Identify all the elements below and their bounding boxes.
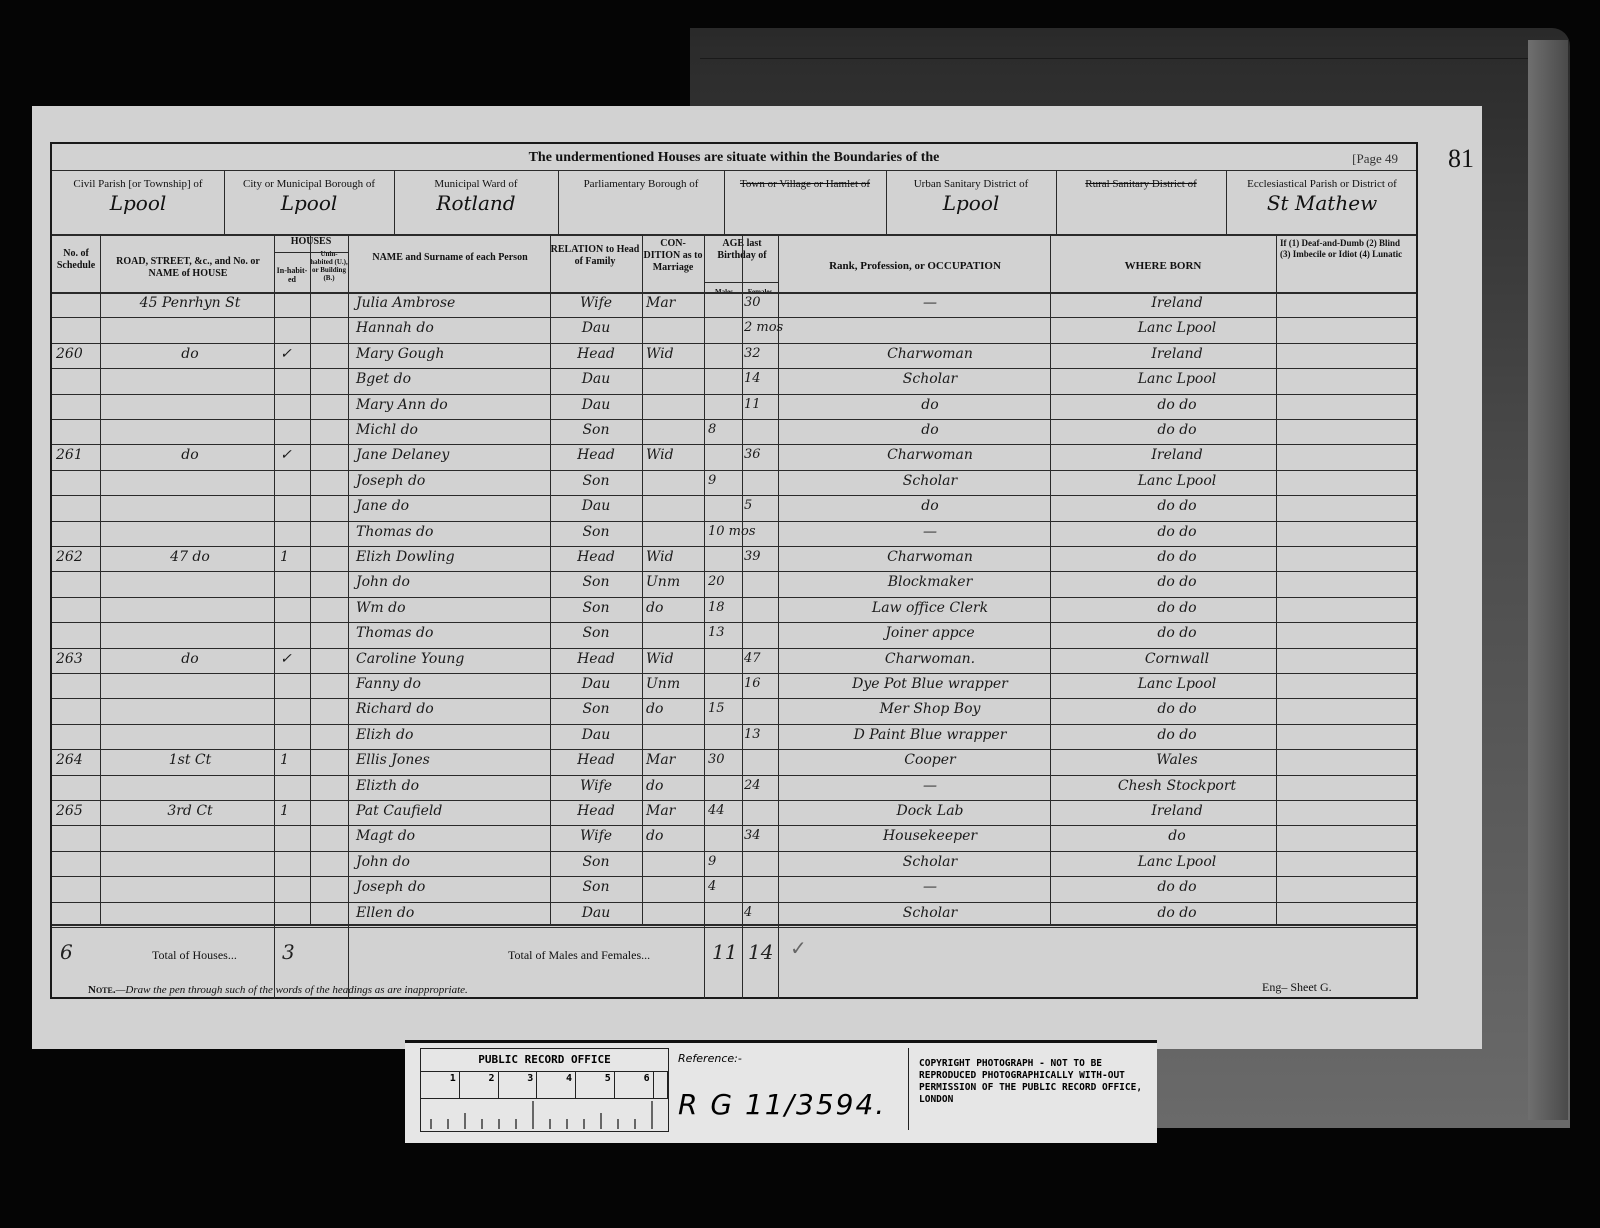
totals-divider (52, 924, 1416, 926)
cell-relation: Son (554, 473, 638, 489)
scale-number: 6 (615, 1072, 654, 1098)
cell-condition: Mar (646, 803, 702, 819)
reference-label: Reference:- (678, 1052, 742, 1065)
cell-relation: Son (554, 879, 638, 895)
cell-where-born: Lanc Lpool (1082, 676, 1272, 692)
cell-road: do (110, 346, 270, 362)
cell-male-age: 30 (708, 752, 742, 767)
cell-schedule: 265 (56, 803, 96, 819)
cell-male-age: 10 mos (708, 524, 742, 539)
cell-occupation: Blockmaker (812, 574, 1048, 590)
cell-male-age: 8 (708, 422, 742, 437)
cell-road: 47 do (110, 549, 270, 565)
form-note: Note.—Draw the pen through such of the w… (88, 984, 468, 996)
cell-name: Richard do (356, 701, 546, 717)
backboard-edge (700, 58, 1550, 59)
cell-occupation: Scholar (812, 905, 1048, 921)
cell-name: Joseph do (356, 473, 546, 489)
cell-name: Michl do (356, 422, 546, 438)
column-rule (100, 234, 101, 924)
cell-relation: Son (554, 422, 638, 438)
cell-male-age: 9 (708, 473, 742, 488)
cell-where-born: do (1082, 828, 1272, 844)
divider (704, 282, 778, 283)
header-houses: HOUSES (274, 236, 348, 248)
boundary-value: Lpool (52, 197, 224, 210)
cell-name: Mary Ann do (356, 397, 546, 413)
row-rule (52, 800, 1416, 801)
cell-relation: Head (554, 803, 638, 819)
cell-female-age: 5 (744, 498, 778, 513)
column-rule (550, 234, 551, 924)
cell-occupation: Scholar (812, 854, 1048, 870)
scale-spacer (654, 1072, 668, 1098)
cell-relation: Son (554, 625, 638, 641)
cell-occupation: Charwoman (812, 447, 1048, 463)
cell-female-age: 16 (744, 676, 778, 691)
cell-where-born: do do (1082, 422, 1272, 438)
cell-female-age: 2 mos (744, 320, 778, 335)
cell-occupation: Charwoman (812, 346, 1048, 362)
cell-occupation: Scholar (812, 473, 1048, 489)
cell-male-age: 4 (708, 879, 742, 894)
row-rule (52, 470, 1416, 471)
cell-condition: do (646, 600, 702, 616)
cell-where-born: do do (1082, 524, 1272, 540)
cell-condition: Unm (646, 676, 702, 692)
row-rule (52, 368, 1416, 369)
cell-name: Ellis Jones (356, 752, 546, 768)
cell-name: Mary Gough (356, 346, 546, 362)
cell-inhabited: 1 (280, 752, 306, 768)
cell-relation: Head (554, 752, 638, 768)
cell-where-born: do do (1082, 397, 1272, 413)
cell-road: do (110, 447, 270, 463)
row-rule (52, 317, 1416, 318)
cell-relation: Dau (554, 320, 638, 336)
cell-occupation: Law office Clerk (812, 600, 1048, 616)
cell-condition: Wid (646, 346, 702, 362)
total-persons-label: Total of Males and Females... (508, 948, 650, 963)
cell-where-born: Cornwall (1082, 651, 1272, 667)
cell-schedule: 263 (56, 651, 96, 667)
cell-where-born: do do (1082, 625, 1272, 641)
cell-female-age: 34 (744, 828, 778, 843)
cell-occupation: Dye Pot Blue wrapper (812, 676, 1048, 692)
check-mark-icon: ✓ (790, 936, 807, 960)
cell-name: Bget do (356, 371, 546, 387)
boundary-label: Parliamentary Borough of (558, 174, 724, 191)
row-rule (52, 724, 1416, 725)
header-condition: CON-DITION as to Marriage (642, 238, 704, 274)
cell-where-born: do do (1082, 701, 1272, 717)
cell-occupation: — (812, 295, 1048, 311)
cell-relation: Wife (554, 828, 638, 844)
column-rule (642, 234, 643, 924)
cell-relation: Dau (554, 727, 638, 743)
total-houses-label: Total of Houses... (152, 948, 237, 963)
pro-ruler (421, 1099, 668, 1131)
pro-scale-box: PUBLIC RECORD OFFICE 123456 (420, 1048, 669, 1132)
cell-name: Caroline Young (356, 651, 546, 667)
boundary-label: Rural Sanitary District of (1056, 174, 1226, 191)
row-rule (52, 876, 1416, 877)
column-rule (778, 234, 779, 924)
cell-inhabited: ✓ (280, 346, 306, 362)
cell-male-age: 13 (708, 625, 742, 640)
cell-where-born: do do (1082, 549, 1272, 565)
boundary-label: City or Municipal Borough of (224, 174, 394, 191)
ruler-ticks-icon (421, 1099, 668, 1131)
pro-title: PUBLIC RECORD OFFICE (421, 1049, 668, 1072)
row-rule (52, 851, 1416, 852)
cell-relation: Head (554, 549, 638, 565)
cell-name: Thomas do (356, 524, 546, 540)
cell-relation: Head (554, 447, 638, 463)
cell-occupation: Cooper (812, 752, 1048, 768)
row-rule (52, 825, 1416, 826)
cell-name: Fanny do (356, 676, 546, 692)
cell-inhabited: 1 (280, 803, 306, 819)
row-rule (52, 775, 1416, 776)
cell-occupation: do (812, 397, 1048, 413)
cell-male-age: 15 (708, 701, 742, 716)
cell-where-born: Chesh Stockport (1082, 778, 1272, 794)
boundary-label: Ecclesiastical Parish or District of (1226, 174, 1418, 191)
row-rule (52, 394, 1416, 395)
row-rule (52, 546, 1416, 547)
cell-where-born: Ireland (1082, 346, 1272, 362)
cell-where-born: do do (1082, 879, 1272, 895)
cell-female-age: 36 (744, 447, 778, 462)
header-where-born: WHERE BORN (1052, 260, 1274, 272)
cell-occupation: Dock Lab (812, 803, 1048, 819)
cell-female-age: 11 (744, 397, 778, 412)
cell-occupation: — (812, 879, 1048, 895)
backboard-right-edge (1528, 40, 1568, 1120)
cell-schedule: 260 (56, 346, 96, 362)
cell-inhabited: ✓ (280, 447, 306, 463)
cell-road: 1st Ct (110, 752, 270, 768)
cell-where-born: Wales (1082, 752, 1272, 768)
scale-number: 5 (576, 1072, 615, 1098)
cell-female-age: 47 (744, 651, 778, 666)
column-rule (274, 234, 275, 924)
cell-name: Wm do (356, 600, 546, 616)
cell-occupation: — (812, 524, 1048, 540)
cell-condition: Wid (646, 651, 702, 667)
row-rule (52, 927, 1416, 928)
note-prefix: Note. (88, 984, 116, 996)
header-relation: RELATION to Head of Family (550, 244, 640, 268)
divider (558, 170, 559, 234)
boundary-field: City or Municipal Borough ofLpool (224, 174, 394, 234)
cell-occupation: Mer Shop Boy (812, 701, 1048, 717)
cell-occupation: Housekeeper (812, 828, 1048, 844)
row-rule (52, 419, 1416, 420)
cell-where-born: do do (1082, 905, 1272, 921)
cell-inhabited: ✓ (280, 651, 306, 667)
cell-where-born: Lanc Lpool (1082, 854, 1272, 870)
cell-female-age: 39 (744, 549, 778, 564)
boundary-value: Rotland (394, 197, 558, 210)
cell-female-age: 4 (744, 905, 778, 920)
row-rule (52, 597, 1416, 598)
boundary-label: Town or Village or Hamlet of (724, 174, 886, 191)
cell-schedule: 262 (56, 549, 96, 565)
cell-relation: Son (554, 701, 638, 717)
header-infirmity: If (1) Deaf-and-Dumb (2) Blind (3) Imbec… (1280, 238, 1412, 260)
scale-number: 2 (460, 1072, 499, 1098)
row-rule (52, 622, 1416, 623)
boundary-value: St Mathew (1226, 197, 1418, 210)
cell-relation: Son (554, 600, 638, 616)
reference-value: R G 11/3594. (678, 1088, 886, 1121)
cell-condition: Wid (646, 549, 702, 565)
total-males: 11 (712, 940, 737, 964)
cell-name: Jane Delaney (356, 447, 546, 463)
divider (1056, 170, 1057, 234)
cell-relation: Son (554, 574, 638, 590)
boundary-label: Civil Parish [or Township] of (52, 174, 224, 191)
total-houses: 3 (282, 940, 295, 964)
cell-occupation: Charwoman (812, 549, 1048, 565)
header-road: ROAD, STREET, &c., and No. or NAME of HO… (104, 256, 272, 280)
cell-relation: Son (554, 854, 638, 870)
row-rule (52, 698, 1416, 699)
page-label: [Page 49 (1352, 151, 1398, 167)
cell-relation: Head (554, 346, 638, 362)
cell-occupation: D Paint Blue wrapper (812, 727, 1048, 743)
cell-condition: Mar (646, 752, 702, 768)
cell-name: Ellen do (356, 905, 546, 921)
boundary-value: Lpool (886, 197, 1056, 210)
cell-where-born: do do (1082, 727, 1272, 743)
cell-schedule: 264 (56, 752, 96, 768)
cell-male-age: 20 (708, 574, 742, 589)
copyright-notice: COPYRIGHT PHOTOGRAPH - NOT TO BE REPRODU… (908, 1048, 1153, 1130)
cell-condition: do (646, 778, 702, 794)
header-name: NAME and Surname of each Person (352, 252, 548, 264)
cell-where-born: Lanc Lpool (1082, 371, 1272, 387)
cell-occupation: Charwoman. (812, 651, 1048, 667)
cell-where-born: do do (1082, 600, 1272, 616)
cell-occupation: do (812, 422, 1048, 438)
cell-condition: Mar (646, 295, 702, 311)
divider (52, 292, 1416, 294)
cell-name: Elizh Dowling (356, 549, 546, 565)
boundary-label: Municipal Ward of (394, 174, 558, 191)
cell-where-born: Lanc Lpool (1082, 320, 1272, 336)
cell-occupation: Scholar (812, 371, 1048, 387)
cell-condition: Wid (646, 447, 702, 463)
cell-name: Magt do (356, 828, 546, 844)
cell-occupation: do (812, 498, 1048, 514)
row-rule (52, 749, 1416, 750)
cell-road: 3rd Ct (110, 803, 270, 819)
cell-name: Julia Ambrose (356, 295, 546, 311)
form-banner: The undermentioned Houses are situate wi… (52, 150, 1416, 166)
cell-relation: Dau (554, 498, 638, 514)
cell-female-age: 32 (744, 346, 778, 361)
cell-male-age: 18 (708, 600, 742, 615)
column-rule (310, 234, 311, 924)
row-rule (52, 902, 1416, 903)
cell-name: Hannah do (356, 320, 546, 336)
reference-box: Reference:- R G 11/3594. (668, 1048, 908, 1130)
row-rule (52, 521, 1416, 522)
cell-name: Jane do (356, 498, 546, 514)
column-rule (778, 924, 779, 999)
column-rule (742, 924, 743, 999)
row-rule (52, 673, 1416, 674)
divider (52, 170, 1416, 171)
row-rule (52, 571, 1416, 572)
divider (724, 170, 725, 234)
cell-occupation: — (812, 778, 1048, 794)
column-rule (742, 234, 743, 924)
cell-condition: Unm (646, 574, 702, 590)
cell-where-born: Lanc Lpool (1082, 473, 1272, 489)
cell-relation: Son (554, 524, 638, 540)
cell-condition: do (646, 828, 702, 844)
total-schedules: 6 (60, 940, 73, 964)
scale-number: 4 (537, 1072, 576, 1098)
sheet-id: Eng– Sheet G. (1262, 980, 1332, 995)
cell-female-age: 14 (744, 371, 778, 386)
scale-number: 3 (499, 1072, 538, 1098)
public-record-office-card: PUBLIC RECORD OFFICE 123456 Reference:- … (405, 1040, 1157, 1143)
boundary-field: Town or Village or Hamlet of (724, 174, 886, 234)
cell-where-born: do do (1082, 498, 1272, 514)
cell-name: Elizh do (356, 727, 546, 743)
note-text: —Draw the pen through such of the words … (116, 984, 468, 996)
cell-relation: Dau (554, 905, 638, 921)
total-females: 14 (748, 940, 773, 964)
divider (52, 234, 1416, 236)
row-rule (52, 495, 1416, 496)
cell-road: do (110, 651, 270, 667)
boundary-field: Civil Parish [or Township] ofLpool (52, 174, 224, 234)
cell-female-age: 30 (744, 295, 778, 310)
cell-male-age: 44 (708, 803, 742, 818)
cell-name: Pat Caufield (356, 803, 546, 819)
boundary-field: Ecclesiastical Parish or District ofSt M… (1226, 174, 1418, 234)
pro-scale-numbers: 123456 (421, 1072, 668, 1099)
cell-male-age: 9 (708, 854, 742, 869)
cell-where-born: Ireland (1082, 803, 1272, 819)
cell-name: Joseph do (356, 879, 546, 895)
cell-relation: Head (554, 651, 638, 667)
boundary-field: Parliamentary Borough of (558, 174, 724, 234)
boundary-field: Urban Sanitary District ofLpool (886, 174, 1056, 234)
cell-name: Thomas do (356, 625, 546, 641)
cell-relation: Wife (554, 778, 638, 794)
cell-name: Elizth do (356, 778, 546, 794)
cell-relation: Dau (554, 397, 638, 413)
cell-where-born: Ireland (1082, 447, 1272, 463)
header-occupation: Rank, Profession, or OCCUPATION (780, 260, 1050, 272)
divider (224, 170, 225, 234)
column-rule (704, 234, 705, 924)
cell-schedule: 261 (56, 447, 96, 463)
cell-road: 45 Penrhyn St (110, 295, 270, 311)
row-rule (52, 343, 1416, 344)
cell-condition: do (646, 701, 702, 717)
census-form: The undermentioned Houses are situate wi… (50, 142, 1418, 999)
divider (886, 170, 887, 234)
column-rule (704, 924, 705, 999)
stamped-page-number: 81 (1448, 144, 1474, 174)
cell-relation: Dau (554, 371, 638, 387)
scale-number: 1 (421, 1072, 460, 1098)
row-rule (52, 648, 1416, 649)
column-rule (348, 234, 349, 924)
cell-occupation: Joiner appce (812, 625, 1048, 641)
boundary-field: Municipal Ward ofRotland (394, 174, 558, 234)
cell-name: John do (356, 854, 546, 870)
column-rule (1276, 234, 1277, 924)
header-schedule: No. of Schedule (52, 248, 100, 272)
header-uninhabited: Unin-habited (U.), or Building (B.) (310, 250, 348, 282)
boundary-field: Rural Sanitary District of (1056, 174, 1226, 234)
cell-relation: Dau (554, 676, 638, 692)
column-rule (1050, 234, 1051, 924)
cell-name: John do (356, 574, 546, 590)
cell-relation: Wife (554, 295, 638, 311)
boundary-label: Urban Sanitary District of (886, 174, 1056, 191)
cell-where-born: Ireland (1082, 295, 1272, 311)
divider (394, 170, 395, 234)
boundary-value: Lpool (224, 197, 394, 210)
divider (1226, 170, 1227, 234)
cell-where-born: do do (1082, 574, 1272, 590)
cell-inhabited: 1 (280, 549, 306, 565)
row-rule (52, 444, 1416, 445)
cell-female-age: 24 (744, 778, 778, 793)
divider (274, 252, 348, 253)
header-inhabited: In-habit-ed (274, 266, 310, 284)
cell-female-age: 13 (744, 727, 778, 742)
